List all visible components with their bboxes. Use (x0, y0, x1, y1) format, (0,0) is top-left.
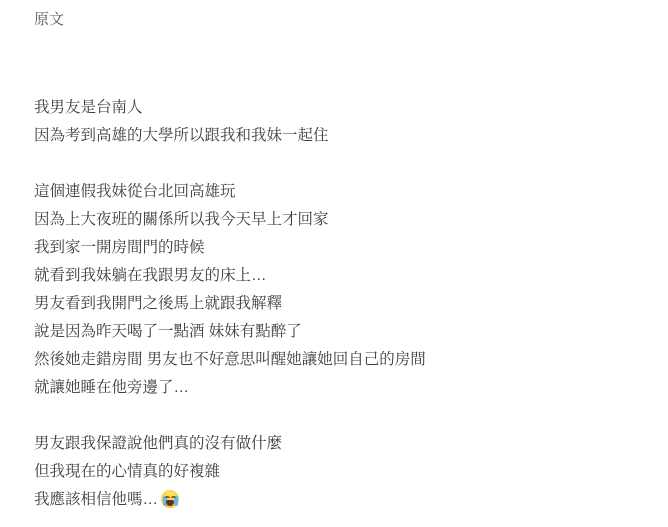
post-title: 原文 (34, 9, 648, 30)
emoji-eye-right (171, 496, 176, 498)
emoji-mouth (166, 500, 174, 506)
loudly-crying-emoji (161, 490, 179, 508)
text-line-text: 我應該相信他嗎… (34, 491, 158, 508)
paragraph-3: 男友跟我保證說他們真的沒有做什麼 但我現在的心情真的好複雜 我應該相信他嗎… (34, 430, 648, 514)
text-line: 就看到我妹躺在我跟男友的床上… (34, 262, 648, 290)
text-line: 這個連假我妹從台北回高雄玩 (34, 178, 648, 206)
text-line: 但我現在的心情真的好複雜 (34, 458, 648, 486)
post-page: 原文 我男友是台南人 因為考到高雄的大學所以跟我和我妹一起住 這個連假我妹從台北… (0, 0, 668, 514)
paragraph-1: 我男友是台南人 因為考到高雄的大學所以跟我和我妹一起住 (34, 94, 648, 150)
text-line: 然後她走錯房間 男友也不好意思叫醒她讓她回自己的房間 (34, 346, 648, 374)
text-line: 男友跟我保證說他們真的沒有做什麼 (34, 430, 648, 458)
text-line: 我應該相信他嗎… (34, 486, 648, 514)
text-line: 因為上大夜班的關係所以我今天早上才回家 (34, 206, 648, 234)
paragraph-2: 這個連假我妹從台北回高雄玩 因為上大夜班的關係所以我今天早上才回家 我到家一開房… (34, 178, 648, 402)
emoji-eye-left (165, 496, 170, 498)
text-line: 男友看到我開門之後馬上就跟我解釋 (34, 290, 648, 318)
text-line: 我到家一開房間門的時候 (34, 234, 648, 262)
text-line: 就讓她睡在他旁邊了… (34, 374, 648, 402)
post-body: 我男友是台南人 因為考到高雄的大學所以跟我和我妹一起住 這個連假我妹從台北回高雄… (34, 94, 648, 514)
text-line: 我男友是台南人 (34, 94, 648, 122)
text-line: 因為考到高雄的大學所以跟我和我妹一起住 (34, 122, 648, 150)
text-line: 說是因為昨天喝了一點酒 妹妹有點醉了 (34, 318, 648, 346)
